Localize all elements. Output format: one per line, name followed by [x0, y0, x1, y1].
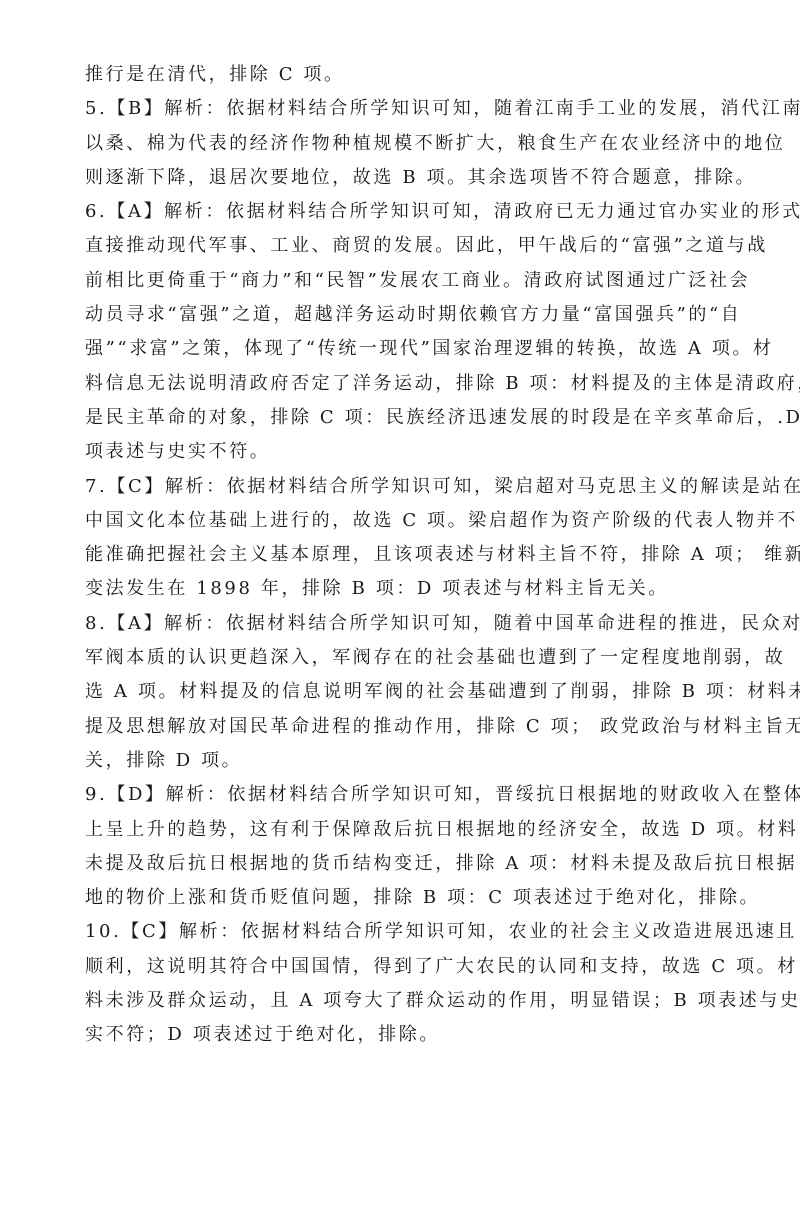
text-line: 能准确把握社会主义基本原理，且该项表述与材料主旨不符，排除 A 项； 维新	[85, 538, 717, 572]
text-line: 以桑、棉为代表的经济作物种植规模不断扩大，粮食生产在农业经济中的地位	[85, 127, 717, 161]
paragraph-q8: 8.【A】解析：依据材料结合所学知识可知，随着中国革命进程的推进，民众对 军阀本…	[85, 607, 717, 778]
paragraph-q10: 10.【C】解析：依据材料结合所学知识可知，农业的社会主义改造进展迅速且 顺利，…	[85, 915, 717, 1052]
text-line: 强”“求富”之策，体现了“传统一现代”国家治理逻辑的转换，故选 A 项。材	[85, 332, 717, 366]
text-line: 动员寻求“富强”之道，超越洋务运动时期依赖官方力量“富国强兵”的“自	[85, 298, 717, 332]
text-line: 上呈上升的趋势，这有利于保障敌后抗日根据地的经济安全，故选 D 项。材料	[85, 813, 717, 847]
paragraph-q4-tail: 推行是在清代，排除 C 项。	[85, 58, 717, 92]
text-line: 直接推动现代军事、工业、商贸的发展。因此，甲午战后的“富强”之道与战	[85, 229, 717, 263]
text-line: 则逐渐下降，退居次要地位，故选 B 项。其余选项皆不符合题意，排除。	[85, 161, 717, 195]
text-line: 中国文化本位基础上进行的，故选 C 项。梁启超作为资产阶级的代表人物并不	[85, 504, 717, 538]
text-line: 项表述与史实不符。	[85, 435, 717, 469]
paragraph-q7: 7.【C】解析：依据材料结合所学知识可知，梁启超对马克思主义的解读是站在 中国文…	[85, 470, 717, 607]
text-line: 推行是在清代，排除 C 项。	[85, 58, 717, 92]
text-line: 10.【C】解析：依据材料结合所学知识可知，农业的社会主义改造进展迅速且	[85, 915, 717, 949]
text-line: 地的物价上涨和货币贬值问题，排除 B 项：C 项表述过于绝对化，排除。	[85, 881, 717, 915]
text-line: 未提及敌后抗日根据地的货币结构变迁，排除 A 项：材料未提及敌后抗日根据	[85, 847, 717, 881]
text-line: 料未涉及群众运动，且 A 项夸大了群众运动的作用，明显错误；B 项表述与史	[85, 984, 717, 1018]
text-line: 6.【A】解析：依据材料结合所学知识可知，清政府已无力通过官办实业的形式	[85, 195, 717, 229]
text-line: 提及思想解放对国民革命进程的推动作用，排除 C 项； 政党政治与材料主旨无	[85, 710, 717, 744]
text-line: 关，排除 D 项。	[85, 744, 717, 778]
paragraph-q9: 9.【D】解析：依据材料结合所学知识可知，晋绥抗日根据地的财政收入在整体 上呈上…	[85, 778, 717, 915]
paragraph-q6: 6.【A】解析：依据材料结合所学知识可知，清政府已无力通过官办实业的形式 直接推…	[85, 195, 717, 469]
text-line: 8.【A】解析：依据材料结合所学知识可知，随着中国革命进程的推进，民众对	[85, 607, 717, 641]
text-line: 军阀本质的认识更趋深入，军阀存在的社会基础也遭到了一定程度地削弱，故	[85, 641, 717, 675]
text-line: 5.【B】解析：依据材料结合所学知识可知，随着江南手工业的发展，消代江南	[85, 92, 717, 126]
text-line: 实不符；D 项表述过于绝对化，排除。	[85, 1018, 717, 1052]
answer-explanations-page: 推行是在清代，排除 C 项。 5.【B】解析：依据材料结合所学知识可知，随着江南…	[85, 58, 717, 1053]
text-line: 9.【D】解析：依据材料结合所学知识可知，晋绥抗日根据地的财政收入在整体	[85, 778, 717, 812]
text-line: 料信息无法说明清政府否定了洋务运动，排除 B 项：材料提及的主体是清政府，	[85, 367, 717, 401]
text-line: 变法发生在 1898 年，排除 B 项：D 项表述与材料主旨无关。	[85, 572, 717, 606]
text-line: 前相比更倚重于“商力”和“民智”发展农工商业。清政府试图通过广泛社会	[85, 264, 717, 298]
text-line: 顺利，这说明其符合中国国情，得到了广大农民的认同和支持，故选 C 项。材	[85, 950, 717, 984]
text-line: 是民主革命的对象，排除 C 项：民族经济迅速发展的时段是在辛亥革命后，.D	[85, 401, 717, 435]
text-line: 选 A 项。材料提及的信息说明军阀的社会基础遭到了削弱，排除 B 项：材料未	[85, 675, 717, 709]
text-line: 7.【C】解析：依据材料结合所学知识可知，梁启超对马克思主义的解读是站在	[85, 470, 717, 504]
paragraph-q5: 5.【B】解析：依据材料结合所学知识可知，随着江南手工业的发展，消代江南 以桑、…	[85, 92, 717, 195]
